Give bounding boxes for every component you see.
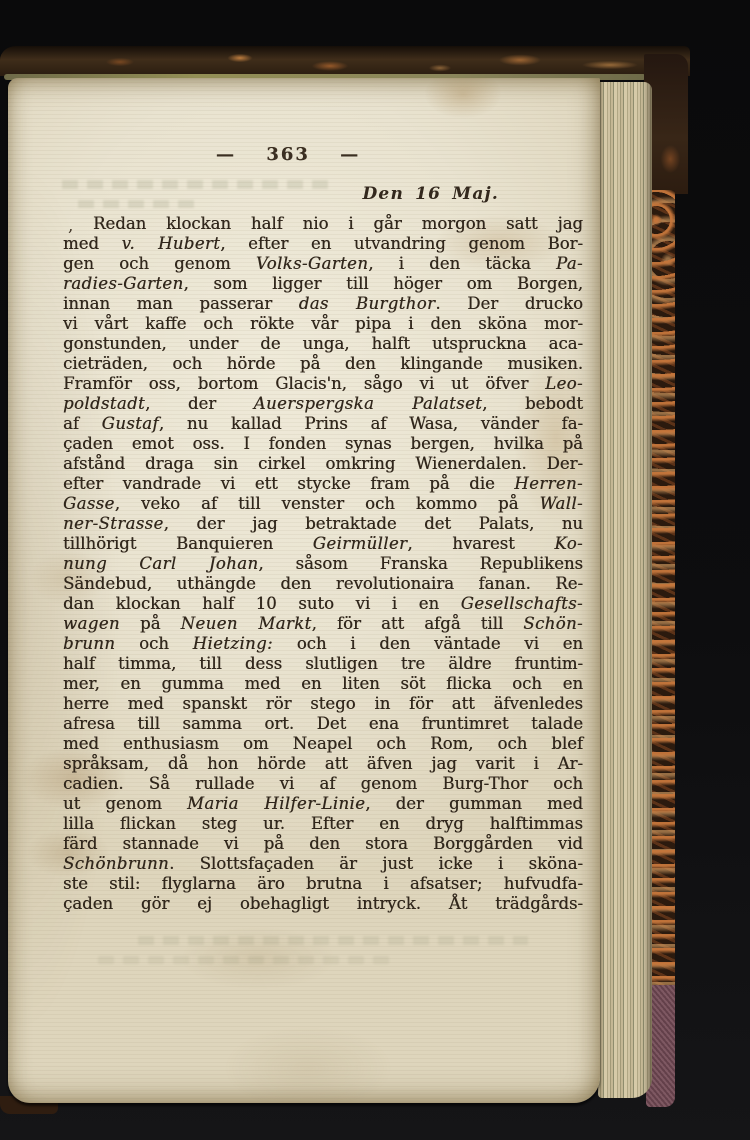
page-number-value: 363 <box>266 144 310 165</box>
body-text: Redan klockan half nio i går morgon satt… <box>63 214 583 914</box>
text-line: cieträden, och hörde på den klingande mu… <box>63 354 583 374</box>
text-line: vi vårt kaffe och rökte vår pipa i den s… <box>63 314 583 334</box>
photo-background: { "document": { "page_number_left_dash":… <box>0 0 750 1140</box>
text-line: Schönbrunn. Slottsfaçaden är just icke i… <box>63 854 583 874</box>
text-line: afresa till samma ort. Det ena fruntimre… <box>63 714 583 734</box>
text-line: med v. Hubert, efter en utvandring genom… <box>63 234 583 254</box>
text-line: gonstunden, under de unga, halft utspruc… <box>63 334 583 354</box>
text-line: ste stil: flyglarna äro brutna i afsatse… <box>63 874 583 894</box>
text-line: Gasse, veko af till venster och kommo på… <box>63 494 583 514</box>
text-line: dan klockan half 10 suto vi i en Gesells… <box>63 594 583 614</box>
text-line: afstånd draga sin cirkel omkring Wienerd… <box>63 454 583 474</box>
text-line: af Gustaf, nu kallad Prins af Wasa, vänd… <box>63 414 583 434</box>
date-heading: Den 16 Maj. <box>63 184 499 204</box>
text-line: gen och genom Volks-Garten, i den täcka … <box>63 254 583 274</box>
text-line: ut genom Maria Hilfer-Linie, der gumman … <box>63 794 583 814</box>
text-line: Framför oss, bortom Glacis'n, sågo vi ut… <box>63 374 583 394</box>
text-line: radies-Garten, som ligger till höger om … <box>63 274 583 294</box>
text-line: herre med spanskt rör stego in för att ä… <box>63 694 583 714</box>
text-line: språksam, då hon hörde att äfven jag var… <box>63 754 583 774</box>
text-line: lilla flickan steg ur. Efter en dryg hal… <box>63 814 583 834</box>
text-line: çaden emot oss. I fonden synas bergen, h… <box>63 434 583 454</box>
text-line: çaden gör ej obehagligt intryck. Åt träd… <box>63 894 583 914</box>
text-line: mer, en gumma med en liten söt flicka oc… <box>63 674 583 694</box>
text-line: tillhörigt Banquieren Geirmüller, hvares… <box>63 534 583 554</box>
text-line: ner-Strasse, der jag betraktade det Pala… <box>63 514 583 534</box>
page-number: — 363 — <box>8 144 568 165</box>
text-line: efter vandrade vi ett stycke fram på die… <box>63 474 583 494</box>
text-line: Redan klockan half nio i går morgon satt… <box>63 214 583 234</box>
page-stack-fore-edge <box>598 82 652 1098</box>
text-line: innan man passerar das Burgthor. Der dru… <box>63 294 583 314</box>
book-page: — 363 — Den 16 Maj. , Redan klockan half… <box>8 78 600 1103</box>
page-number-dash-right: — <box>340 144 360 165</box>
text-line: färd stannade vi på den stora Borggården… <box>63 834 583 854</box>
show-through-text <box>138 936 528 945</box>
text-line: wagen på Neuen Markt, för att afgå till … <box>63 614 583 634</box>
show-through-text <box>98 956 398 964</box>
text-line: cadien. Så rullade vi af genom Burg-Thor… <box>63 774 583 794</box>
text-line: brunn och Hietzing: och i den väntade vi… <box>63 634 583 654</box>
text-line: med enthusiasm om Neapel och Rom, och bl… <box>63 734 583 754</box>
text-line: nung Carl Johan, såsom Franska Republike… <box>63 554 583 574</box>
marbled-cover-strip <box>648 190 675 990</box>
text-line: poldstadt, der Auerspergska Palatset, be… <box>63 394 583 414</box>
text-line: half timma, till dess slutligen tre äldr… <box>63 654 583 674</box>
text-line: Sändebud, uthängde den revolutionaira fa… <box>63 574 583 594</box>
page-number-dash-left: — <box>216 144 236 165</box>
book-top-leather-edge <box>0 46 690 76</box>
